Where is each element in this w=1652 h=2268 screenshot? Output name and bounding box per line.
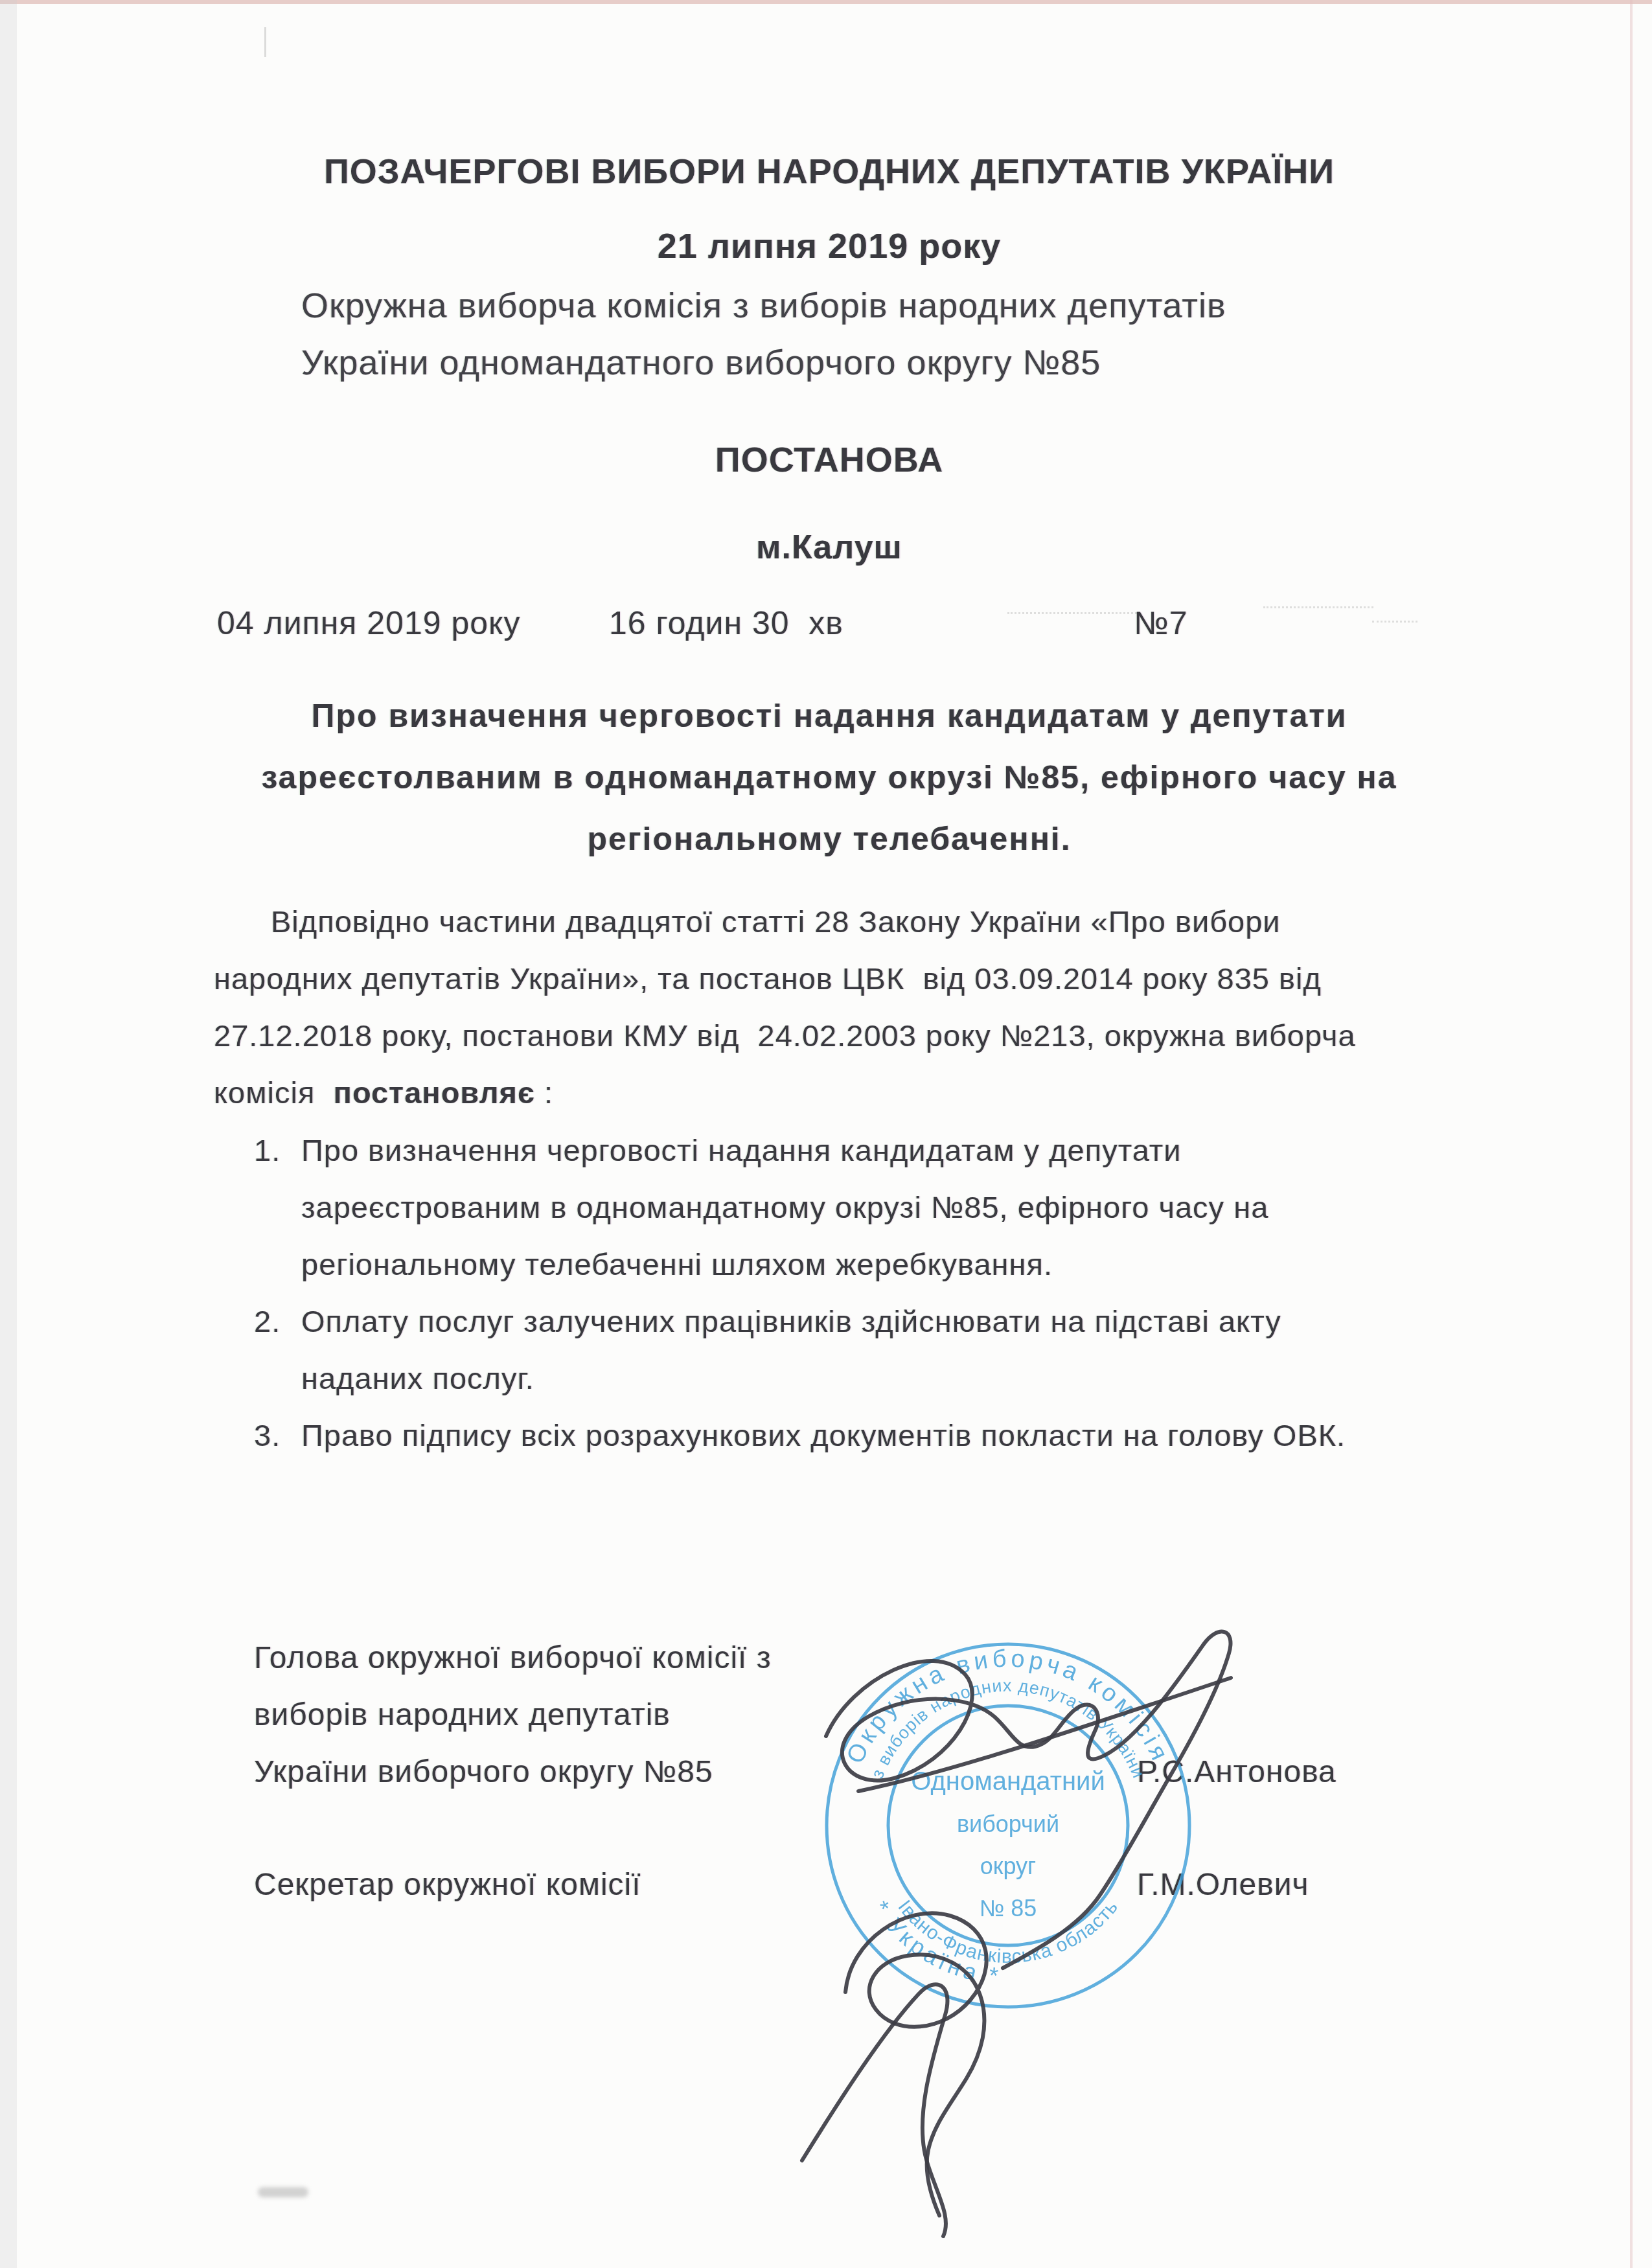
stamp-center-line-2: виборчий: [957, 1811, 1059, 1837]
doc-type-heading: ПОСТАНОВА: [220, 442, 1438, 477]
doc-city: м.Калуш: [220, 531, 1438, 564]
preamble-line-2: народних депутатів України», та постанов…: [214, 963, 1322, 994]
stamp-and-signatures-overlay: Окружна виборча комісія з виборів народн…: [713, 1574, 1360, 2254]
doc-time: 16 годин 30 хв: [609, 607, 843, 639]
scanned-document-page: ПОЗАЧЕРГОВІ ВИБОРИ НАРОДНИХ ДЕПУТАТІВ УК…: [0, 0, 1652, 2268]
preamble-line-3: 27.12.2018 року, постанови КМУ від 24.02…: [214, 1020, 1356, 1051]
head-role-line-2: виборів народних депутатів: [254, 1700, 671, 1731]
resolution-2-line-1: Оплату послуг залучених працівників здій…: [301, 1306, 1281, 1336]
doc-title-line-2: 21 липня 2019 року: [220, 229, 1438, 264]
scan-smudge: [258, 2187, 308, 2197]
resolution-1-line-3: регіональному телебаченні шляхом жеребку…: [301, 1249, 1053, 1279]
secretary-role-line: Секретар окружної комісії: [254, 1870, 641, 1901]
resolution-2-line-2: наданих послуг.: [301, 1363, 534, 1393]
resolution-1-number: 1.: [254, 1135, 281, 1165]
doc-date: 04 липня 2019 року: [217, 607, 520, 639]
resolves-word: постановляє: [334, 1075, 535, 1110]
subject-line-1: Про визначення черговості надання кандид…: [220, 700, 1438, 732]
scan-edge-right: [1630, 0, 1633, 2268]
head-role-line-3: України виборчого округу №85: [254, 1757, 713, 1788]
preamble-line-1: Відповідно частини двадцятої статті 28 З…: [271, 906, 1281, 937]
org-name-line-1: Окружна виборча комісія з виборів народн…: [301, 288, 1226, 323]
scan-edge-left: [0, 0, 17, 2268]
head-role-line-1: Голова окружної виборчої комісії з: [254, 1643, 772, 1674]
doc-number: №7: [1134, 607, 1187, 639]
subject-line-2: зареєстолваним в одномандатному окрузі №…: [220, 761, 1438, 794]
resolution-1-line-2: зареєстрованим в одномандатному окрузі №…: [301, 1192, 1268, 1222]
stamp-center-line-3: округ: [980, 1853, 1037, 1879]
preamble-line-4: комісія постановляє :: [214, 1077, 553, 1108]
scan-edge-top: [0, 0, 1652, 4]
round-stamp: Окружна виборча комісія з виборів народн…: [827, 1644, 1189, 2007]
resolution-2-number: 2.: [254, 1306, 281, 1336]
scan-speck: [264, 27, 266, 57]
scan-speckle-2: [1263, 606, 1373, 608]
resolution-3-line-1: Право підпису всіх розрахункових докумен…: [301, 1420, 1346, 1450]
doc-title-line-1: ПОЗАЧЕРГОВІ ВИБОРИ НАРОДНИХ ДЕПУТАТІВ УК…: [220, 154, 1438, 189]
subject-line-3: регіональному телебаченні.: [220, 823, 1438, 855]
resolution-1-line-1: Про визначення черговості надання кандид…: [301, 1135, 1182, 1165]
org-name-line-2: України одномандатного виборчого округу …: [301, 345, 1101, 380]
scan-speckle-1: [1007, 612, 1137, 614]
stamp-center-line-4: № 85: [980, 1895, 1037, 1921]
scan-speckle-3: [1372, 621, 1417, 623]
resolution-3-number: 3.: [254, 1420, 281, 1450]
